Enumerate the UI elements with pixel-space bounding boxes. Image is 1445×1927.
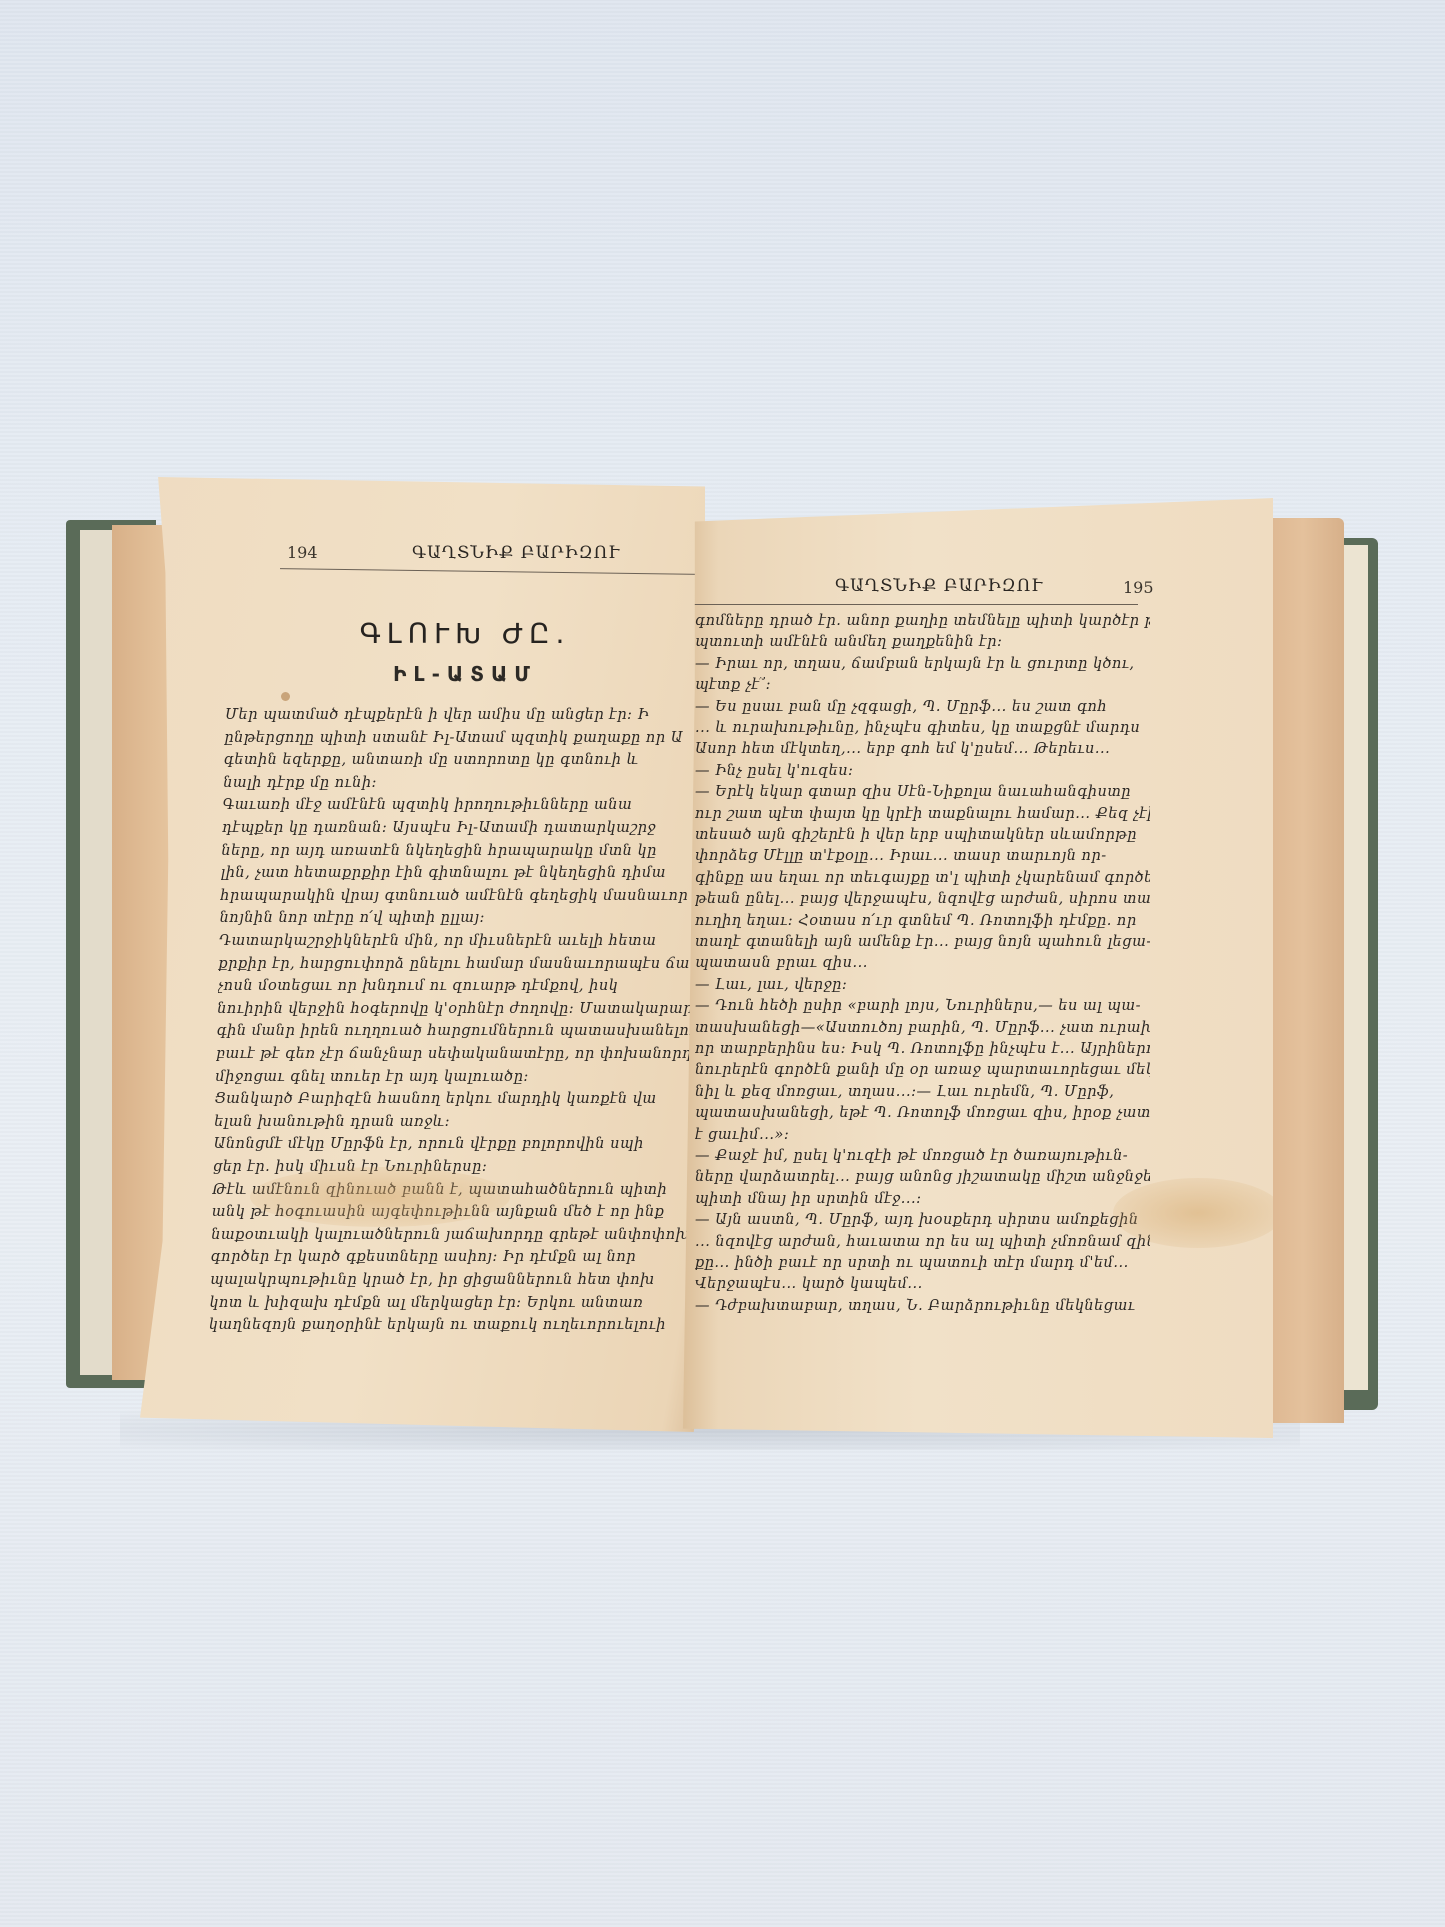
text-line: թեան ընել... բայց վերջապէս, նզովէց արժան… xyxy=(695,891,1150,907)
text-line: — Ինչ ըսել կ'ուզես։ xyxy=(695,763,1150,779)
text-line: ... և ուրախութիւնը, ինչպէս գիտես, կը տաք… xyxy=(695,720,1150,736)
text-line: Գաւառի մէջ ամէնէն պզտիկ իրողութիւնները ա… xyxy=(223,797,703,813)
text-line: նալի դէրք մը ունի։ xyxy=(223,775,703,791)
chapter-subtitle: ԻԼ-ԱՏԱՄ xyxy=(250,662,680,686)
text-line: — Քաջէ իմ, ըսել կ'ուզէի թէ մոռցած էր ծառ… xyxy=(695,1148,1150,1164)
text-line: նուիրին վերջին հօգերովը կ'օրհնէր ժողովը։… xyxy=(217,1001,697,1017)
text-line: գին մանր իրեն ուղղուած հարցումներուն պատ… xyxy=(217,1023,697,1039)
text-line: Անոնցմէ մէկը Մըրֆն էր, որուն վէրքը բոլոր… xyxy=(214,1136,694,1152)
text-line: բաւէ թէ գեռ չէր ճանչնար սեփականատէրը, որ… xyxy=(216,1046,696,1062)
text-line: տասխանեցի—«Աստուծոյ բարին, Պ. Մըրֆ... չա… xyxy=(695,1020,1150,1036)
text-line: ները վարձատրել... բայց անոնց յիշատակը մի… xyxy=(695,1169,1150,1185)
header-rule xyxy=(693,604,1138,605)
text-line: տեսած այն գիշերէն ի վեր երբ սպիտակներ սև… xyxy=(695,827,1150,843)
text-line: նիլ և քեզ մոռցաւ, տղաս...։— Լաւ ուրեմն, … xyxy=(695,1084,1150,1100)
text-line: միջոցաւ գնել տուեր էր այդ կալուածը։ xyxy=(215,1069,695,1085)
text-line: գետին եզերքը, անտառի մը ստորոտը կը գտնու… xyxy=(224,752,704,768)
text-line: — Այն աստն, Պ. Մըրֆ, այդ խօսքերդ սիրտս ա… xyxy=(695,1212,1150,1228)
text-line: է ցաւիմ...»։ xyxy=(695,1127,1150,1143)
text-line: — Ես ըսաւ բան մը չզգացի, Պ. Մըրֆ... ես շ… xyxy=(695,699,1150,715)
text-line: չոսն մօտեցաւ որ խնդում ու զուարթ դէմքով,… xyxy=(218,978,698,994)
text-line: — Երէկ եկար գտար զիս Սէն-Նիքոլա նաւահանգ… xyxy=(695,784,1150,800)
text-line: քը... ինծի բաւէ որ սրտի ու պատուի տէր մա… xyxy=(695,1255,1150,1271)
text-line: Դատարկաշրջիկներէն մին, որ միւսներէն աւել… xyxy=(219,933,699,949)
page-number: 194 xyxy=(287,543,318,562)
right-page: ԳԱՂՏՆԻՔ ԲԱՐԻԶՈՒ 195 գոմները դրած էր. անո… xyxy=(683,498,1273,1438)
text-line: որ տարբերինս ես։ Իսկ Պ. Ռոտոլֆը ինչպէս է… xyxy=(695,1041,1150,1057)
chapter-title: ԳԼՈՒԽ ԺԸ. xyxy=(250,617,680,650)
text-line: նոյնին նոր տէրը ո՛վ պիտի ըլլայ։ xyxy=(220,910,700,926)
paper-spot xyxy=(281,692,290,701)
text-line: քրքիր էր, հարցուփորձ ընելու համար մասնաւ… xyxy=(218,956,698,972)
text-line: ընթերցողը պիտի ստանէ Իլ-Ատամ պզտիկ քաղաք… xyxy=(224,730,704,746)
text-line: հրապարակին վրայ գտնուած ամէնէն գեղեցիկ մ… xyxy=(220,888,700,904)
text-line: պատասխանեցի, եթէ Պ. Ռոտոլֆ մոռցաւ զիս, ի… xyxy=(695,1105,1150,1121)
text-line: — Դժբախտաբար, տղաս, Ն. Բարձրութիւնը մեկն… xyxy=(695,1298,1150,1314)
running-header: ԳԱՂՏՆԻՔ ԲԱՐԻԶՈՒ xyxy=(412,543,620,563)
left-page: 194 ԳԱՂՏՆԻՔ ԲԱՐԻԶՈՒ ԳԼՈՒԽ ԺԸ. ԻԼ-ԱՏԱՄ Մե… xyxy=(140,477,705,1432)
text-line: Ասոր հետ մէկտեղ,... երբ գոհ եմ կ'ըսեմ...… xyxy=(695,741,1150,757)
text-line: պէտք չէ՞։ xyxy=(695,677,1150,693)
text-line: գործեր էր կարծ գքեստները ասիոյ։ Իր դէմքն… xyxy=(211,1249,691,1265)
text-line: պալակրպութիւնը կրած էր, իր ցիցաններուն հ… xyxy=(210,1272,690,1288)
text-line: գոմները դրած էր. անոր քաղիը տեմնելը պիտի… xyxy=(695,613,1150,629)
text-line: — Լաւ, լաւ, վերջը։ xyxy=(695,977,1150,993)
text-line: պտուտի ամէնէն անմեղ քաղքենին էր։ xyxy=(695,634,1150,650)
text-line: նաքօտւակի կալուածներուն յաճախորդը գրեթէ … xyxy=(211,1227,691,1243)
water-stain xyxy=(250,1167,510,1227)
text-line: փորձեց Մէլլը տ'էքօլը... Իրաւ... տասր տար… xyxy=(695,848,1150,864)
text-line: Վերջապէս... կարծ կապեմ... xyxy=(695,1276,1150,1292)
text-line: տաղէ գտանելի այն ամենք էր... բայց նոյն պ… xyxy=(695,934,1150,950)
text-line: պիտի մնայ իր սրտին մէջ...։ xyxy=(695,1191,1150,1207)
text-line: — Իրաւ որ, տղաս, ճամբան երկայն էր և ցուր… xyxy=(695,656,1150,672)
running-header: ԳԱՂՏՆԻՔ ԲԱՐԻԶՈՒ xyxy=(835,576,1043,596)
page-stack-right xyxy=(1262,518,1344,1423)
page-number: 195 xyxy=(1123,578,1154,597)
text-line: — Դուն հեծի ըսիր «բարի լոյս, Նուրիներս,—… xyxy=(695,998,1150,1014)
text-line: գինքը աս եղաւ որ տեւգայքը տ'լ պիտի չկարե… xyxy=(695,870,1150,886)
header-rule xyxy=(280,568,700,575)
text-line: նուրերէն գործէն քանի մը օր առաջ պարտաւոր… xyxy=(695,1062,1150,1078)
text-line: ելան խանութին դրան առջև։ xyxy=(214,1114,694,1130)
text-line: Մեր պատմած դէպքերէն ի վեր ամիս մը անցեր … xyxy=(225,707,705,723)
text-line: Ցանկարծ Բարիզէն հասնող երկու մարդիկ կառք… xyxy=(215,1091,695,1107)
water-stain xyxy=(1113,1178,1283,1248)
text-line: ները, որ այդ առատէն նկեղեցին հրապարակը մ… xyxy=(221,843,701,859)
text-line: ուղիղ եղաւ։ Հօտաս ո՛ւր գտնեմ Պ. Ռոտոլֆի … xyxy=(695,913,1150,929)
text-line: պատասն բրաւ զիս... xyxy=(695,955,1150,971)
text-line: ուր շատ պէտ փայտ կը կրէի տաքնալու համար.… xyxy=(695,806,1150,822)
text-line: կոտ և խիզախ դէմքն ալ մերկացեր էր։ Երկու … xyxy=(209,1295,689,1311)
text-line: դէպքեր կը դառնան։ Այսպէս Իլ-Ատամի դատարկ… xyxy=(222,820,702,836)
text-line: կաղնեզոյն քաղօրինէ երկայն ու տաքուկ ուղե… xyxy=(209,1317,689,1333)
text-line: լին, չատ հետաքրքիր էին գիտնալու թէ նկեղե… xyxy=(221,865,701,881)
text-line: ... նզովէց արժան, հաւատա որ ես ալ պիտի չ… xyxy=(695,1234,1150,1250)
